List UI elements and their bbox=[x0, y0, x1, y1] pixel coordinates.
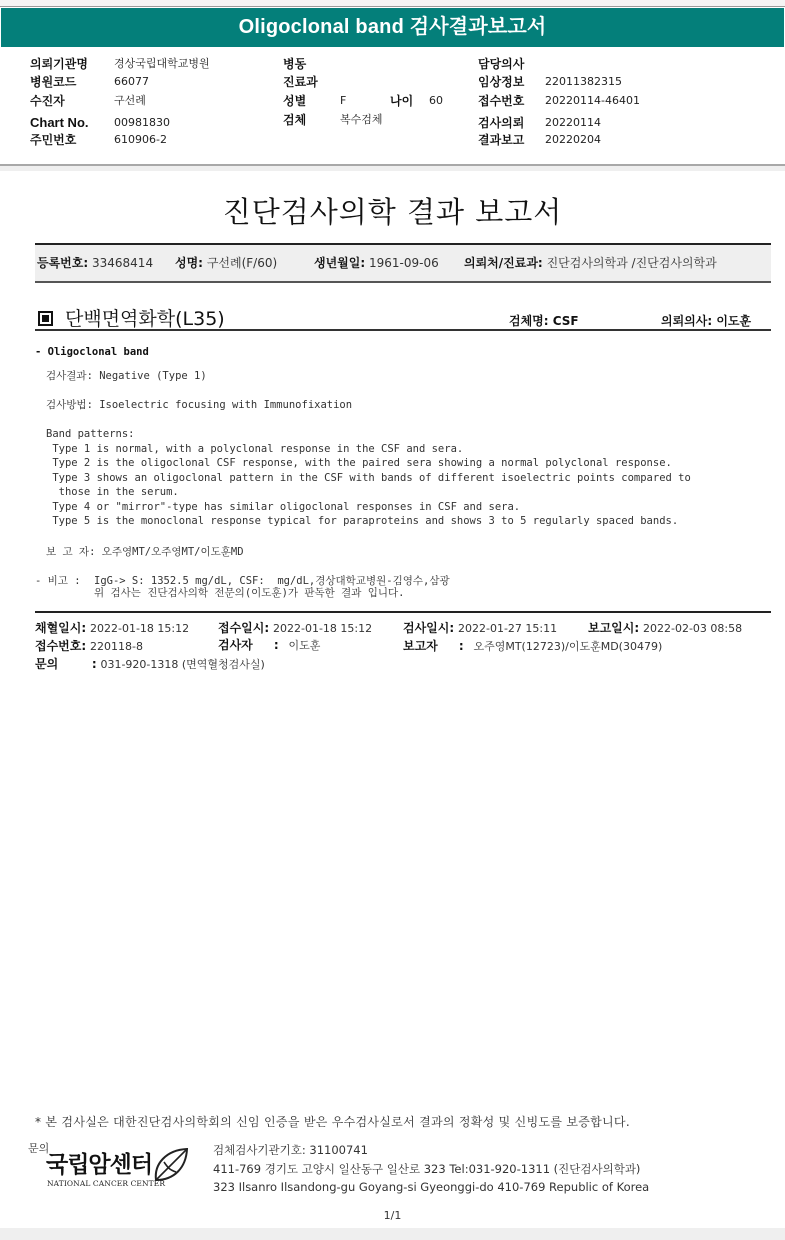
address-english: 323 Ilsanro Ilsandong-gu Goyang-si Gyeon… bbox=[213, 1180, 649, 1194]
test-method: 검사방법: Isoelectric focusing with Immunofi… bbox=[46, 398, 352, 413]
reg-no-label: 등록번호: bbox=[37, 245, 88, 282]
meta-colon: : bbox=[459, 638, 464, 654]
info-label: 임상정보 bbox=[478, 73, 524, 91]
meta-label: 보고일시: bbox=[588, 620, 639, 636]
meta-value: 2022-01-18 15:12 bbox=[273, 622, 372, 635]
reporters: 보 고 자: 오주영MT/오주영MT/이도훈MD bbox=[46, 545, 244, 560]
page-number: 1/1 bbox=[0, 1209, 785, 1222]
institution-code: 검체검사기관기호: 31100741 bbox=[213, 1142, 368, 1158]
request-info-block: 의뢰기관명 경상국립대학교병원 병원코드 66077 수진자 구선례 Chart… bbox=[0, 55, 785, 150]
info-label: Chart No. bbox=[30, 114, 89, 132]
info-value: 610906-2 bbox=[114, 131, 167, 149]
dept-label: 의뢰처/진료과: bbox=[464, 245, 543, 282]
tester: 검사자 : 이도훈 bbox=[218, 637, 320, 654]
top-border bbox=[0, 0, 785, 7]
test-datetime: 검사일시: 2022-01-27 15:11 bbox=[403, 620, 557, 637]
meta-label: 채혈일시: bbox=[35, 620, 86, 636]
logo-english-text: NATIONAL CANCER CENTER bbox=[47, 1179, 165, 1188]
info-label: 결과보고 bbox=[478, 131, 524, 149]
patient-dob: 생년월일: 1961-09-06 bbox=[314, 245, 449, 282]
info-label: 진료과 bbox=[283, 73, 318, 91]
leaf-icon bbox=[152, 1146, 190, 1184]
info-value: F bbox=[340, 92, 346, 110]
test-result: 검사결과: Negative (Type 1) bbox=[46, 369, 207, 384]
meta-label: 검사자 bbox=[218, 637, 270, 653]
dob-label: 생년월일: bbox=[314, 245, 365, 282]
band-pattern-type4: Type 4 or "mirror"-type has similar olig… bbox=[46, 500, 520, 515]
report-datetime: 보고일시: 2022-02-03 08:58 bbox=[588, 620, 742, 637]
meta-colon: : bbox=[92, 656, 97, 672]
meta-value: 이도훈 bbox=[288, 639, 320, 652]
dob-value: 1961-09-06 bbox=[369, 245, 439, 282]
info-value: 경상국립대학교병원 bbox=[114, 55, 210, 73]
info-value-age: 60 bbox=[429, 92, 443, 110]
divider-shade bbox=[0, 166, 785, 171]
meta-value: 031-920-1318 (면역혈청검사실) bbox=[100, 658, 264, 671]
name-value: 구선례(F/60) bbox=[207, 245, 277, 282]
remark-label: - 비고 : bbox=[35, 574, 81, 589]
meta-colon: : bbox=[274, 637, 279, 653]
info-value: 66077 bbox=[114, 73, 149, 91]
report-banner-title: Oligoclonal band 검사결과보고서 bbox=[1, 8, 784, 47]
certification-notice: * 본 검사실은 대한진단검사의학회의 신임 인증을 받은 우수검사실로서 결과… bbox=[35, 1113, 630, 1130]
info-label: 병동 bbox=[283, 55, 306, 73]
collection-datetime: 채혈일시: 2022-01-18 15:12 bbox=[35, 620, 189, 637]
info-value: 20220114-46401 bbox=[545, 92, 640, 110]
patient-dept: 의뢰처/진료과: 진단검사의학과 /진단검사의학과 bbox=[464, 245, 727, 282]
meta-value: 오주영MT(12723)/이도훈MD(30479) bbox=[473, 640, 662, 653]
info-label-age: 나이 bbox=[390, 92, 413, 110]
info-value: 복수검체 bbox=[340, 111, 383, 129]
remark-line-2: 위 검사는 진단검사의학 전문의(이도훈)가 판독한 결과 입니다. bbox=[94, 586, 404, 601]
name-label: 성명: bbox=[175, 245, 203, 282]
page-bottom-border bbox=[0, 1228, 785, 1240]
info-value: 20220114 bbox=[545, 114, 601, 132]
band-patterns-heading: Band patterns: bbox=[46, 427, 135, 442]
dept-value: 진단검사의학과 /진단검사의학과 bbox=[547, 245, 717, 282]
info-label: 접수번호 bbox=[478, 92, 524, 110]
meta-label: 접수일시: bbox=[218, 620, 269, 636]
report-title: 진단검사의학 결과 보고서 bbox=[0, 190, 785, 231]
info-label: 의뢰기관명 bbox=[30, 55, 88, 73]
requesting-doctor: 의뢰의사: 이도훈 bbox=[661, 312, 751, 329]
address-korean: 411-769 경기도 고양시 일산동구 일산로 323 Tel:031-920… bbox=[213, 1161, 640, 1177]
band-pattern-type5: Type 5 is the monoclonal response typica… bbox=[46, 514, 678, 529]
inquiry-contact: 문의 : 031-920-1318 (면역혈청검사실) bbox=[35, 656, 265, 673]
band-pattern-type1: Type 1 is normal, with a polyclonal resp… bbox=[46, 442, 463, 457]
accession-number: 접수번호: 220118-8 bbox=[35, 638, 143, 655]
reporter: 보고자 : 오주영MT(12723)/이도훈MD(30479) bbox=[403, 638, 662, 655]
national-cancer-center-logo: 문의 국립암센터 NATIONAL CANCER CENTER bbox=[28, 1140, 198, 1195]
section-header: 단백면역화학(L35) 검체명: CSF 의뢰의사: 이도훈 bbox=[35, 305, 771, 331]
meta-value: 2022-02-03 08:58 bbox=[643, 622, 742, 635]
info-value: 구선례 bbox=[114, 92, 146, 110]
meta-label: 보고자 bbox=[403, 638, 455, 654]
reg-no-value: 33468414 bbox=[92, 245, 153, 282]
meta-label: 접수번호: bbox=[35, 638, 86, 654]
patient-reg-no: 등록번호: 33468414 bbox=[37, 245, 163, 282]
meta-label: 검사일시: bbox=[403, 620, 454, 636]
meta-value: 2022-01-18 15:12 bbox=[90, 622, 189, 635]
info-label: 성별 bbox=[283, 92, 306, 110]
info-label: 검사의뢰 bbox=[478, 114, 524, 132]
band-pattern-type2: Type 2 is the oligoclonal CSF response, … bbox=[46, 456, 672, 471]
info-label: 주민번호 bbox=[30, 131, 76, 149]
logo-korean-text: 국립암센터 bbox=[46, 1146, 152, 1179]
section-title: 단백면역화학(L35) bbox=[65, 304, 225, 331]
test-name: - Oligoclonal band bbox=[35, 346, 149, 358]
info-value: 00981830 bbox=[114, 114, 170, 132]
info-label: 담당의사 bbox=[478, 55, 524, 73]
receipt-datetime: 접수일시: 2022-01-18 15:12 bbox=[218, 620, 372, 637]
specimen-name: 검체명: CSF bbox=[509, 312, 579, 329]
info-label: 병원코드 bbox=[30, 73, 76, 91]
info-label: 수진자 bbox=[30, 92, 65, 110]
divider bbox=[35, 611, 771, 613]
meta-value: 2022-01-27 15:11 bbox=[458, 622, 557, 635]
band-pattern-type3: Type 3 shows an oligoclonal pattern in t… bbox=[46, 471, 691, 486]
info-value: 22011382315 bbox=[545, 73, 622, 91]
square-bullet-icon bbox=[38, 311, 53, 326]
info-label: 검체 bbox=[283, 111, 306, 129]
meta-value: 220118-8 bbox=[90, 640, 143, 653]
patient-bar: 등록번호: 33468414 성명: 구선례(F/60) 생년월일: 1961-… bbox=[35, 243, 771, 283]
meta-label: 문의 bbox=[35, 656, 88, 672]
info-value: 20220204 bbox=[545, 131, 601, 149]
patient-name: 성명: 구선례(F/60) bbox=[175, 245, 287, 282]
band-pattern-type3-cont: those in the serum. bbox=[46, 485, 179, 500]
